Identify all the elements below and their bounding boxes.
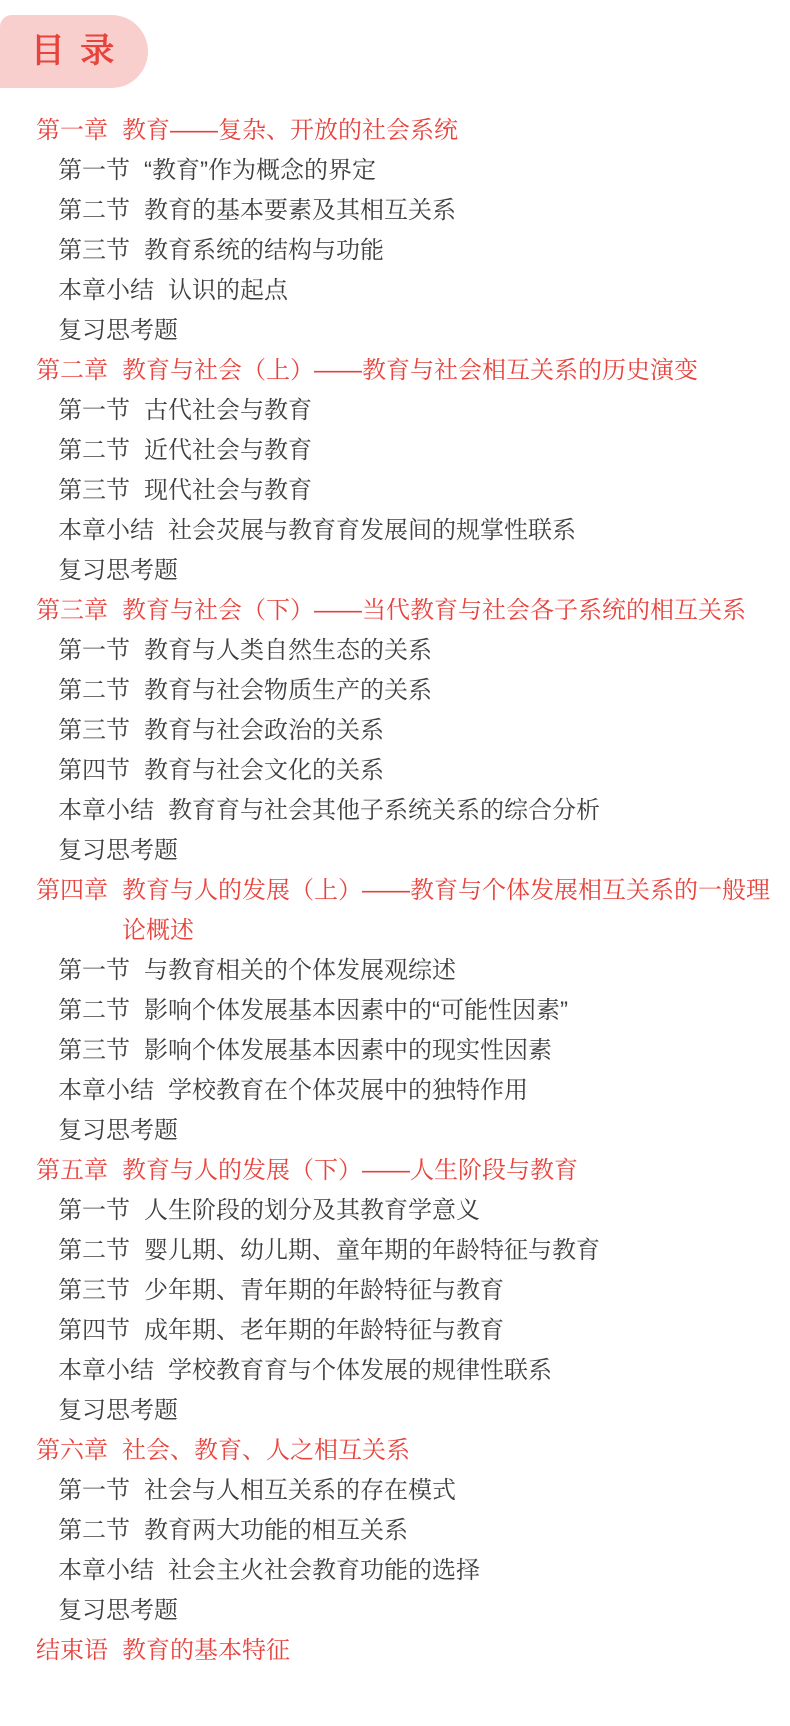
toc-section-row: 复习思考题 [0, 1111, 790, 1151]
section-label: 复习思考题 [58, 311, 178, 351]
toc-chapter-row: 第一章教育——复杂、开放的社会系统 [0, 111, 790, 151]
section-text: 教育与社会政治的关系 [144, 711, 774, 751]
section-text: 社会苂展与教育育发展间的规掌性联系 [168, 511, 774, 551]
toc-section-row: 第三节影响个体发展基本因素中的现实性因素 [0, 1031, 790, 1071]
toc-ending-row: 结束语教育的基本特征 [0, 1631, 790, 1671]
section-label: 第二节 [58, 191, 130, 231]
section-label: 本章小结 [58, 271, 154, 311]
toc-section-row: 第三节少年期、青年期的年龄特征与教育 [0, 1271, 790, 1311]
chapter-number: 第五章 [36, 1151, 108, 1191]
toc-section-row: 第三节教育与社会政治的关系 [0, 711, 790, 751]
section-label: 本章小结 [58, 1351, 154, 1391]
section-label: 第二节 [58, 1511, 130, 1551]
toc-badge: 目 录 [0, 15, 148, 88]
chapter-title: 教育——复杂、开放的社会系统 [122, 111, 774, 151]
section-label: 第二节 [58, 431, 130, 471]
section-text: 现代社会与教育 [144, 471, 774, 511]
section-text: 成年期、老年期的年龄特征与教育 [144, 1311, 774, 1351]
section-label: 第三节 [58, 1031, 130, 1071]
section-text: 近代社会与教育 [144, 431, 774, 471]
toc-section-row: 第一节古代社会与教育 [0, 391, 790, 431]
toc-section-row: 第四节成年期、老年期的年龄特征与教育 [0, 1311, 790, 1351]
section-text: 教育的基本要素及其相互关系 [144, 191, 774, 231]
section-label: 第二节 [58, 991, 130, 1031]
ending-label: 结束语 [36, 1631, 108, 1671]
ending-title: 教育的基本特征 [122, 1631, 774, 1671]
section-label: 复习思考题 [58, 1591, 178, 1631]
section-label: 第一节 [58, 631, 130, 671]
section-label: 复习思考题 [58, 1111, 178, 1151]
chapter-title: 社会、教育、人之相互关系 [122, 1431, 774, 1471]
section-label: 第二节 [58, 671, 130, 711]
section-text: 认识的起点 [168, 271, 774, 311]
toc-section-row: 本章小结教育育与社会其他子系统关系的综合分析 [0, 791, 790, 831]
section-text: 教育两大功能的相互关系 [144, 1511, 774, 1551]
chapter-number: 第一章 [36, 111, 108, 151]
section-label: 第三节 [58, 471, 130, 511]
section-text: 学校教育在个体苂展中的独特作用 [168, 1071, 774, 1111]
section-label: 第三节 [58, 231, 130, 271]
section-text: 教育与社会物质生产的关系 [144, 671, 774, 711]
chapter-number: 第二章 [36, 351, 108, 391]
toc-section-row: 第二节教育的基本要素及其相互关系 [0, 191, 790, 231]
toc-section-row: 第四节教育与社会文化的关系 [0, 751, 790, 791]
section-text: 与教育相关的个体发展观综述 [144, 951, 774, 991]
section-text: 婴儿期、幼儿期、童年期的年龄特征与教育 [144, 1231, 774, 1271]
toc-section-row: 复习思考题 [0, 1391, 790, 1431]
section-text: 教育系统的结构与功能 [144, 231, 774, 271]
toc-section-row: 第一节“教育”作为概念的界定 [0, 151, 790, 191]
toc-section-row: 复习思考题 [0, 311, 790, 351]
toc-section-row: 第三节现代社会与教育 [0, 471, 790, 511]
section-label: 复习思考题 [58, 1391, 178, 1431]
section-text: 教育与社会文化的关系 [144, 751, 774, 791]
section-text: 人生阶段的划分及其教育学意义 [144, 1191, 774, 1231]
toc-chapter-row: 第二章教育与社会（上）——教育与社会相互关系的历史演变 [0, 351, 790, 391]
toc-section-row: 第三节教育系统的结构与功能 [0, 231, 790, 271]
toc-section-row: 复习思考题 [0, 831, 790, 871]
section-text: 少年期、青年期的年龄特征与教育 [144, 1271, 774, 1311]
toc-section-row: 复习思考题 [0, 551, 790, 591]
toc-section-row: 第一节人生阶段的划分及其教育学意义 [0, 1191, 790, 1231]
section-text: 影响个体发展基本因素中的“可能性因素” [144, 991, 774, 1031]
toc-section-row: 第一节教育与人类自然生态的关系 [0, 631, 790, 671]
section-label: 第一节 [58, 1191, 130, 1231]
toc-chapter-row: 第六章社会、教育、人之相互关系 [0, 1431, 790, 1471]
toc-chapter-row: 第五章教育与人的发展（下）——人生阶段与教育 [0, 1151, 790, 1191]
section-label: 第四节 [58, 1311, 130, 1351]
section-label: 复习思考题 [58, 831, 178, 871]
toc-section-row: 本章小结社会主火社会教育功能的选择 [0, 1551, 790, 1591]
section-label: 第一节 [58, 391, 130, 431]
toc-section-row: 第二节婴儿期、幼儿期、童年期的年龄特征与教育 [0, 1231, 790, 1271]
toc-chapter-row: 第三章教育与社会（下）——当代教育与社会各子系统的相互关系 [0, 591, 790, 631]
toc-section-row: 第一节社会与人相互关系的存在模式 [0, 1471, 790, 1511]
toc-section-row: 本章小结认识的起点 [0, 271, 790, 311]
section-text: 教育育与社会其他子系统关系的综合分析 [168, 791, 774, 831]
toc-section-row: 本章小结学校教育在个体苂展中的独特作用 [0, 1071, 790, 1111]
chapter-title: 教育与社会（上）——教育与社会相互关系的历史演变 [122, 351, 774, 391]
toc-section-row: 第二节影响个体发展基本因素中的“可能性因素” [0, 991, 790, 1031]
section-text: 社会主火社会教育功能的选择 [168, 1551, 774, 1591]
toc-chapter-row: 第四章教育与人的发展（上）——教育与个体发展相互关系的一般理论概述 [0, 871, 790, 951]
section-text: 学校教育育与个体发展的规律性联系 [168, 1351, 774, 1391]
section-label: 第二节 [58, 1231, 130, 1271]
toc-section-row: 本章小结学校教育育与个体发展的规律性联系 [0, 1351, 790, 1391]
section-label: 本章小结 [58, 511, 154, 551]
section-label: 本章小结 [58, 1551, 154, 1591]
section-text: 教育与人类自然生态的关系 [144, 631, 774, 671]
chapter-number: 第四章 [36, 871, 108, 951]
toc-section-row: 复习思考题 [0, 1591, 790, 1631]
chapter-title: 教育与人的发展（上）——教育与个体发展相互关系的一般理论概述 [122, 871, 774, 951]
section-label: 第一节 [58, 1471, 130, 1511]
toc-section-row: 本章小结社会苂展与教育育发展间的规掌性联系 [0, 511, 790, 551]
section-text: 社会与人相互关系的存在模式 [144, 1471, 774, 1511]
section-text: “教育”作为概念的界定 [144, 151, 774, 191]
toc-section-row: 第二节近代社会与教育 [0, 431, 790, 471]
section-text: 古代社会与教育 [144, 391, 774, 431]
toc-section-row: 第二节教育与社会物质生产的关系 [0, 671, 790, 711]
section-label: 本章小结 [58, 1071, 154, 1111]
chapter-title: 教育与社会（下）——当代教育与社会各子系统的相互关系 [122, 591, 774, 631]
toc-section-row: 第一节与教育相关的个体发展观综述 [0, 951, 790, 991]
chapter-title: 教育与人的发展（下）——人生阶段与教育 [122, 1151, 774, 1191]
section-label: 第三节 [58, 1271, 130, 1311]
toc-section-row: 第二节教育两大功能的相互关系 [0, 1511, 790, 1551]
toc-list: 第一章教育——复杂、开放的社会系统第一节“教育”作为概念的界定第二节教育的基本要… [0, 111, 790, 1671]
section-label: 第四节 [58, 751, 130, 791]
section-label: 第一节 [58, 951, 130, 991]
section-label: 复习思考题 [58, 551, 178, 591]
section-label: 第三节 [58, 711, 130, 751]
section-label: 本章小结 [58, 791, 154, 831]
section-text: 影响个体发展基本因素中的现实性因素 [144, 1031, 774, 1071]
chapter-number: 第三章 [36, 591, 108, 631]
toc-page: 目 录 第一章教育——复杂、开放的社会系统第一节“教育”作为概念的界定第二节教育… [0, 0, 790, 1726]
chapter-number: 第六章 [36, 1431, 108, 1471]
toc-badge-label: 目 录 [31, 34, 117, 70]
section-label: 第一节 [58, 151, 130, 191]
